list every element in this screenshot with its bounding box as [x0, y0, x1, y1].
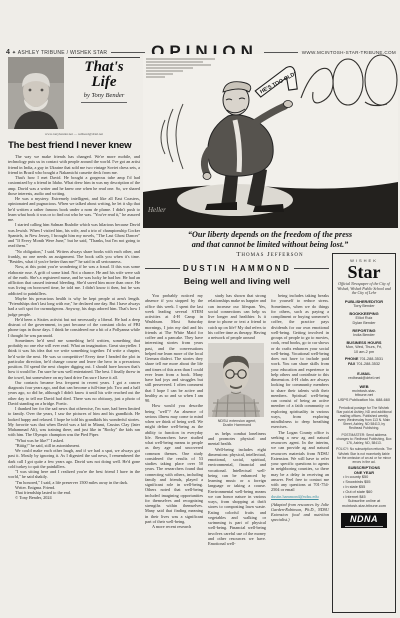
staff-name: Tony Bender [336, 304, 392, 309]
masthead-web[interactable]: mcintosh-star-tribune.net [336, 389, 392, 399]
quote-line-2: and that cannot be limited without being… [145, 240, 395, 250]
article-body: The way we make friends has changed. We'… [8, 154, 140, 501]
hammond-closing-note: (Adapted from resources by Julie Garden-… [271, 502, 329, 523]
article-headline: The best friend I never knew [8, 140, 140, 151]
dustin-hammond-photo [208, 343, 264, 417]
quote-line-1: “Our liberty depends on the freedom of t… [145, 230, 395, 240]
staff-name: India Bender [336, 333, 392, 338]
author-header: DUSTIN HAMMOND [145, 264, 329, 273]
column-title: That'sLife [68, 60, 140, 90]
author-email-link[interactable]: dustin.hammond@ndsu.edu [271, 494, 329, 499]
policy-notice: POLICY: No subscription refunds. The Wis… [336, 447, 392, 463]
edition-label: 4 ✦ ASHLEY TRIBUNE / WISHEK STAR [6, 49, 107, 56]
masthead-name: Star [336, 263, 392, 281]
author-contact-line: www.tonybender.net — redhead@drtel.net [8, 132, 140, 136]
postmaster-notice: POSTMASTER: Send address changes to: Red… [336, 433, 392, 445]
thats-life-column: That'sLife by Tony Bender www.tonybender… [8, 57, 140, 501]
hammond-headline: Being well and living well [145, 276, 329, 286]
photo-caption: NDSU extension agent,Dustin Hammond [208, 419, 266, 428]
staff-name: Dylan Bender [336, 321, 392, 326]
hammond-col-3: being includes taking breaks for yoursel… [271, 293, 329, 493]
author-rule-left [145, 268, 180, 269]
hammond-column: DUSTIN HAMMOND Being well and living wel… [145, 264, 329, 546]
subscribe-online[interactable]: Subscribe online atmcintosh-star-tribune… [336, 499, 392, 509]
editorial-cartoon: HE'S TOO OLD! Heller [143, 54, 398, 228]
tony-bender-photo [8, 57, 64, 129]
masthead-tagline: Official Newspaper of the City of Wishek… [336, 282, 392, 296]
page-number: 4 [6, 49, 10, 56]
column-title-block: That'sLife by Tony Bender [68, 57, 140, 129]
author-name: DUSTIN HAMMOND [183, 264, 291, 273]
hammond-photo-figure: NDSU extension agent,Dustin Hammond [208, 343, 266, 428]
newspaper-opinion-page: 4 ✦ ASHLEY TRIBUNE / WISHEK STAR OPINION… [0, 0, 400, 618]
masthead-email[interactable]: redhead@drtel.net [336, 376, 392, 381]
cartoon-drawing: HE'S TOO OLD! Heller [143, 54, 398, 228]
ndna-logo: NDNA [341, 513, 387, 528]
header-rule-right [264, 52, 298, 53]
hammond-col-2-top: study has shown that strong relationship… [208, 293, 266, 340]
author-rule-right [294, 268, 329, 269]
header-rule-left [111, 52, 145, 53]
postage-notice: Periodical postage for The Wishek Star p… [336, 406, 392, 431]
hammond-col-1: You probably noticed my absence if you s… [145, 293, 203, 546]
cartoonist-signature: Heller [147, 206, 166, 214]
column-byline: by Tony Bender [68, 92, 140, 99]
byline-rule [81, 102, 127, 103]
hammond-col-2-bottom: us helps combat loneliness and promotes … [208, 431, 266, 547]
subscriptions-label: SUBSCRIPTIONSONE YEAR [336, 466, 392, 475]
star-masthead-box: WISHEK Star Official Newspaper of the Ci… [332, 253, 396, 613]
usps-number: USPS Publication No. 688-660 [336, 398, 392, 403]
